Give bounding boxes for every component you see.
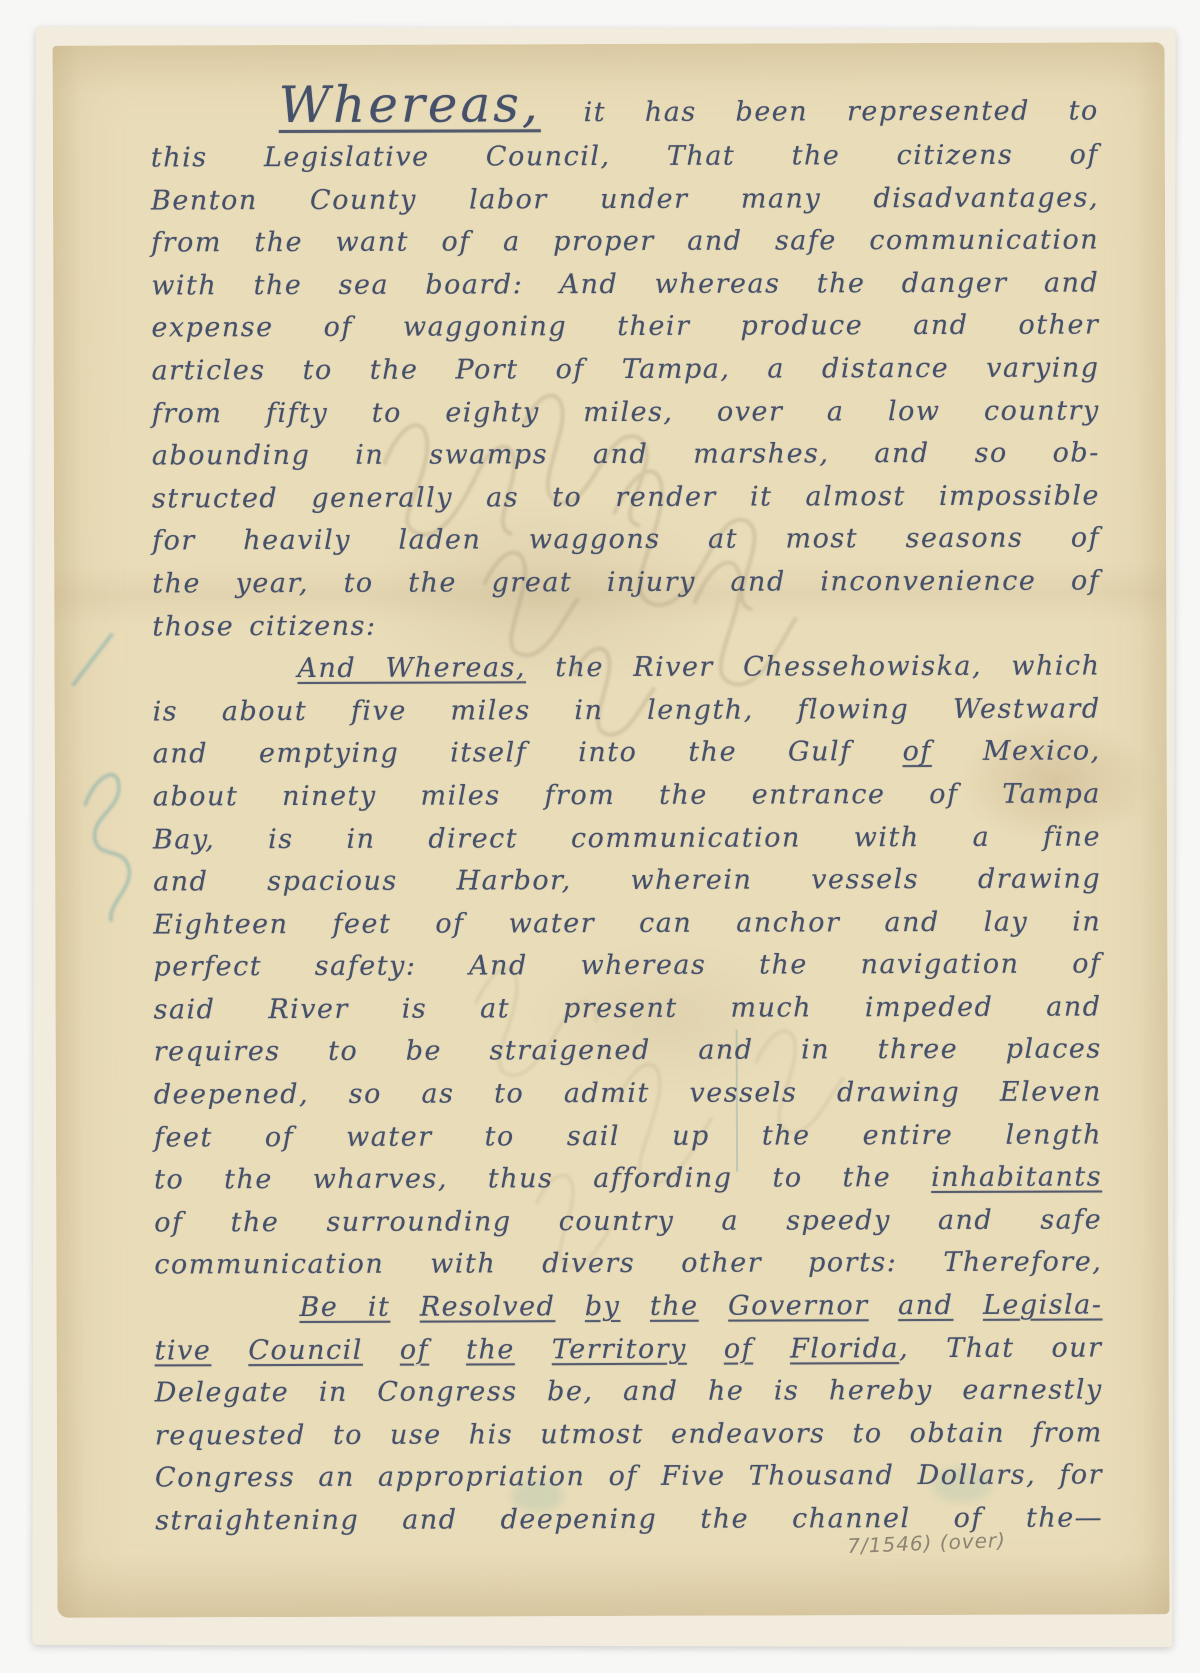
manuscript-line: those citizens: [152,603,1100,649]
manuscript-text-segment: those citizens: [152,610,376,642]
manuscript-text-segment: of [724,1333,753,1364]
manuscript-text-segment: Mexico, [932,736,1101,768]
manuscript-text-segment: of [400,1334,429,1365]
manuscript-text-segment: communication with divers other ports: T… [154,1247,1102,1281]
manuscript-text-segment [515,1334,552,1365]
manuscript-text-segment: And Whereas, [297,652,526,684]
manuscript-text-segment: and [898,1290,953,1321]
manuscript-text-segment: the River Chessehowiska, which [526,651,1101,684]
manuscript-text-segment [363,1334,400,1365]
manuscript-line: Congress an appropriation of Five Thousa… [155,1455,1103,1501]
manuscript-text-segment [953,1290,983,1321]
manuscript-text-segment [211,1335,248,1366]
scanned-document-page: { "manuscript": { "description": "Handwr… [0,0,1200,1673]
manuscript-line: of the surrounding country a speedy and … [154,1199,1102,1245]
manuscript-text-segment: from the want of a proper and safe commu… [151,225,1099,259]
manuscript-text-segment: Congress an appropriation of Five Thousa… [155,1460,1103,1494]
manuscript-line: the year, to the great injury and inconv… [152,560,1100,606]
manuscript-line: and emptying itself into the Gulf of Mex… [153,731,1101,777]
manuscript-line: abounding in swamps and marshes, and so … [152,433,1100,479]
manuscript-lines: Whereas, it has been represented tothis … [151,70,1104,1543]
manuscript-line: and spacious Harbor, wherein vessels dra… [153,859,1101,905]
manuscript-text-segment: Territory [552,1333,687,1364]
manuscript-line: And Whereas, the River Chessehowiska, wh… [152,646,1100,692]
manuscript-text-segment: Delegate in Congress be, and he is hereb… [155,1375,1103,1409]
manuscript-text-segment [687,1333,724,1364]
manuscript-text-segment: tive [155,1335,212,1366]
manuscript-text-segment: feet of water to sail up the entire leng… [154,1119,1102,1153]
manuscript-line: communication with divers other ports: T… [154,1242,1102,1288]
manuscript-line: to the wharves, thus affording to the in… [154,1157,1102,1203]
manuscript-text-segment: the [466,1334,515,1365]
manuscript-text-segment: expense of waggoning their produce and o… [151,310,1099,344]
manuscript-text-segment [555,1291,585,1322]
pencil-note: 7/1546) (over) [847,1528,1007,1558]
manuscript-text-segment: and emptying itself into the Gulf [153,736,903,769]
manuscript-text-segment [429,1334,466,1365]
manuscript-text-segment: with the sea board: And whereas the dang… [151,267,1099,301]
manuscript-text-segment: about ninety miles from the entrance of … [153,778,1101,812]
manuscript-text-segment: requested to use his utmost endeavors to… [155,1417,1103,1451]
manuscript-opening-word: Whereas, [279,75,545,134]
manuscript-text-segment: Eighteen feet of water can anchor and la… [153,906,1101,940]
manuscript-line: perfect safety: And whereas the navigati… [153,944,1101,990]
manuscript-text-segment: the [650,1291,699,1322]
manuscript-text-segment [699,1291,729,1322]
manuscript-line: tive Council of the Territory of Florida… [155,1327,1103,1373]
manuscript-line: Whereas, it has been represented to [151,70,1099,137]
manuscript-text-segment: by [585,1291,621,1322]
manuscript-text-segment: Resolved [420,1291,556,1322]
manuscript-text-segment: this Legislative Council, That the citiz… [151,139,1099,173]
manuscript-line: said River is at present much impeded an… [153,986,1101,1032]
manuscript-line: Delegate in Congress be, and he is hereb… [155,1370,1103,1416]
manuscript-text-segment: deepened, so as to admit vessels drawing… [154,1077,1102,1111]
manuscript-text-segment: it has been represented to [545,95,1099,128]
manuscript-text-segment [869,1290,899,1321]
manuscript-text-segment: Bay, is in direct communication with a f… [153,821,1101,855]
manuscript-text-segment: articles to the Port of Tampa, a distanc… [152,352,1100,386]
manuscript-line: with the sea board: And whereas the dang… [151,262,1099,308]
manuscript-text-segment: structed generally as to render it almos… [152,480,1100,514]
manuscript-text-segment: perfect safety: And whereas the navigati… [153,949,1101,983]
manuscript-text-segment: is about five miles in length, flowing W… [153,693,1101,727]
manuscript-text-segment: Florida [790,1333,899,1364]
manuscript-line: Benton County labor under many disadvant… [151,177,1099,223]
blue-margin-scribble [72,634,129,922]
manuscript-line: feet of water to sail up the entire leng… [154,1114,1102,1160]
manuscript-text-segment: the year, to the great injury and inconv… [152,565,1100,599]
manuscript-text-segment [390,1292,420,1323]
manuscript-line: Bay, is in direct communication with a f… [153,816,1101,862]
manuscript-line: about ninety miles from the entrance of … [153,773,1101,819]
manuscript-line: from the want of a proper and safe commu… [151,220,1099,266]
manuscript-line: for heavily laden waggons at most season… [152,518,1100,564]
manuscript-text-segment: Be it [299,1292,390,1323]
manuscript-text-segment [753,1333,790,1364]
manuscript-line: this Legislative Council, That the citiz… [151,134,1099,180]
manuscript-paper: Whereas, it has been represented tothis … [53,42,1170,1617]
manuscript-text-segment: of [903,736,932,767]
manuscript-line: Be it Resolved by the Governor and Legis… [154,1284,1102,1330]
manuscript-line: structed generally as to render it almos… [152,475,1100,521]
manuscript-text-segment: inhabitants [931,1162,1102,1194]
manuscript-line: deepened, so as to admit vessels drawing… [154,1072,1102,1118]
manuscript-text-segment: Benton County labor under many disadvant… [151,182,1099,216]
manuscript-text-segment: and spacious Harbor, wherein vessels dra… [153,864,1101,898]
manuscript-text-segment: of the surrounding country a speedy and … [154,1204,1102,1238]
manuscript-text-segment: abounding in swamps and marshes, and so … [152,438,1100,472]
manuscript-text-segment: Legisla- [983,1289,1103,1320]
manuscript-text-segment: for heavily laden waggons at most season… [152,523,1100,557]
manuscript-text-segment: requires to be straigened and in three p… [154,1034,1102,1068]
manuscript-text-segment: said River is at present much impeded an… [154,991,1102,1025]
manuscript-text-segment: to the wharves, thus affording to the [154,1162,931,1195]
manuscript-line: requested to use his utmost endeavors to… [155,1412,1103,1458]
manuscript-text-segment: , That our [899,1332,1103,1364]
manuscript-line: Eighteen feet of water can anchor and la… [153,901,1101,947]
manuscript-text-segment: Council [248,1334,363,1365]
manuscript-line: requires to be straigened and in three p… [154,1029,1102,1075]
manuscript-line: is about five miles in length, flowing W… [153,688,1101,734]
manuscript-line: from fifty to eighty miles, over a low c… [152,390,1100,436]
manuscript-text-segment: from fifty to eighty miles, over a low c… [152,395,1100,429]
manuscript-line: expense of waggoning their produce and o… [151,305,1099,351]
manuscript-text-segment [620,1291,650,1322]
manuscript-line: articles to the Port of Tampa, a distanc… [151,347,1099,393]
manuscript-text-segment: Governor [728,1290,869,1321]
